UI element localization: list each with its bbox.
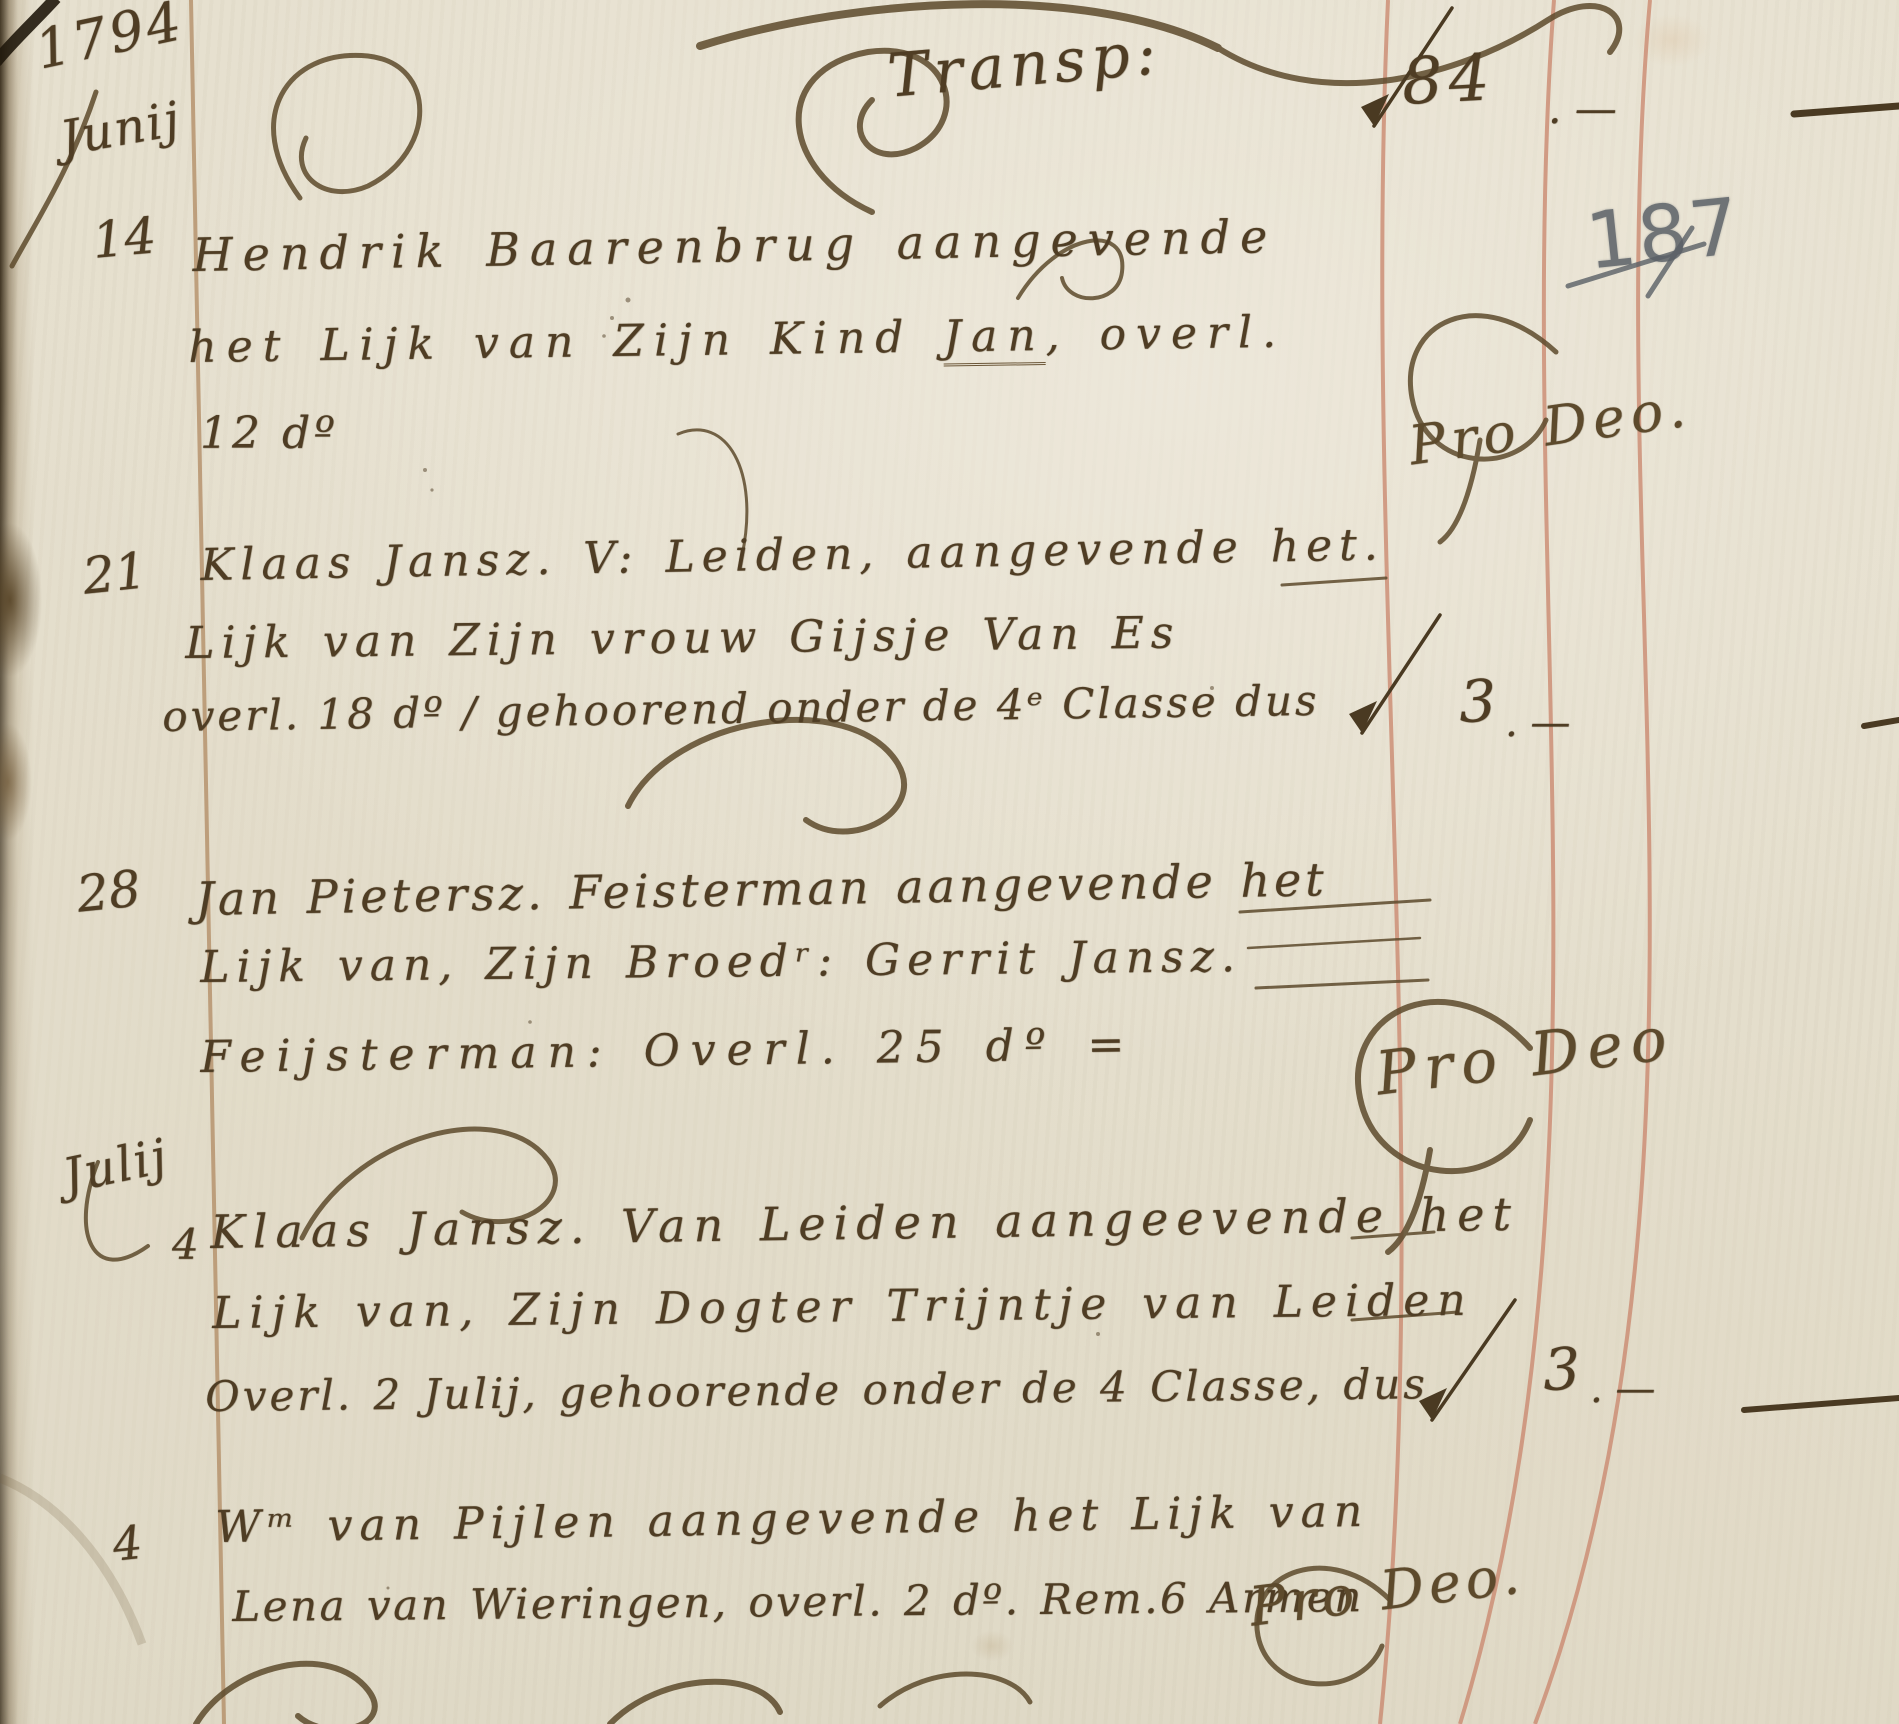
entry5-line2: Lena van Wieringen, overl. 2 dº. Rem.6 A… <box>232 1572 1364 1631</box>
flourish-bottom-partial-1 <box>196 1664 375 1724</box>
register-page: { "document": { "kind": "handwritten bur… <box>0 0 1899 1724</box>
entry4-line2: Lijk van, Zijn Dogter Trijntje van Leide… <box>212 1275 1474 1339</box>
margin-dash-entry4 <box>1744 1398 1899 1410</box>
money-column-rule-1 <box>1380 0 1402 1724</box>
entry4-day: 4 <box>172 1220 199 1269</box>
entry4-line3: Overl. 2 Julij, gehoorende onder de 4 Cl… <box>205 1359 1428 1421</box>
margin-dash-entry2 <box>1864 720 1899 726</box>
entry1-line1: Hendrik Baarenbrug aangevende <box>192 209 1278 282</box>
margin-dash-header <box>1794 106 1899 114</box>
entry5-day: 4 <box>110 1515 145 1572</box>
entry5-fee-pro-deo: Pro Deo. <box>1246 1542 1527 1638</box>
tally-arrow-header <box>1361 94 1389 126</box>
flourish-entry3-header-swash <box>628 720 904 831</box>
margin-month-june: Junij <box>56 91 185 167</box>
tally-slash-entry2 <box>1362 615 1440 733</box>
transport-label: Transp: <box>885 18 1165 112</box>
entry3-line2: Lijk van, Zijn Broedʳ: Gerrit Jansz. <box>200 931 1242 993</box>
filler-dash-entry3-line1b <box>1248 938 1420 948</box>
entry1-line3: 12 dº <box>200 408 339 459</box>
margin-month-july: Julij <box>58 1128 173 1205</box>
money-column-rule-2 <box>1460 0 1554 1724</box>
entry2-line3: overl. 18 dº / gehoorend onder de 4ᵉ Cla… <box>162 676 1320 741</box>
entry1-deceased-name: Jan <box>943 310 1046 366</box>
margin-year: 1794 <box>30 0 189 82</box>
transport-amount-suffix: . — <box>1548 84 1617 133</box>
entry3-fee-pro-deo: Pro Deo <box>1372 1003 1678 1109</box>
entry3-line1: Jan Pietersz. Feisterman aangevende het <box>195 852 1328 926</box>
entry2-amount-suffix: . — <box>1505 700 1570 746</box>
filler-dash-entry3-line2 <box>1256 980 1428 988</box>
flourish-hendrik-oval <box>274 55 420 198</box>
entry2-line2: Lijk van Zijn vrouw Gijsje Van Es <box>185 608 1181 669</box>
entry3-day: 28 <box>74 859 143 923</box>
tally-arrow-entry2 <box>1349 701 1377 733</box>
entry4-amount-suffix: . — <box>1590 1366 1655 1412</box>
entry1-fee-pro-deo: Pro Deo. <box>1405 376 1695 478</box>
entry2-amount: 3 <box>1458 667 1497 736</box>
entry5-line1: Wᵐ van Pijlen aangevende het Lijk van <box>215 1486 1369 1553</box>
entry1-day: 14 <box>90 206 158 269</box>
flourish-bottom-partial-2 <box>610 1682 780 1724</box>
entry1-line2-post: , overl. <box>1045 307 1286 361</box>
flourish-bottom-partial-3 <box>880 1674 1030 1706</box>
filler-dash-entry2-line1 <box>1282 578 1386 585</box>
transport-amount: 84 <box>1400 41 1497 120</box>
entry1-line2-pre: het Lijk van Zijn Kind <box>188 311 944 373</box>
entry3-line3: Feijsterman: Overl. 25 dº = <box>200 1019 1136 1083</box>
pencil-page-number: 187 <box>1582 182 1745 288</box>
entry4-line1: Klaas Jansz. Van Leiden aangeevende het <box>210 1187 1519 1259</box>
entry2-line1: Klaas Jansz. V: Leiden, aangevende het. <box>200 519 1385 591</box>
entry1-line2: het Lijk van Zijn Kind Jan, overl. <box>188 307 1286 373</box>
entry2-day: 21 <box>80 541 149 605</box>
entry4-amount: 3 <box>1542 1335 1581 1404</box>
